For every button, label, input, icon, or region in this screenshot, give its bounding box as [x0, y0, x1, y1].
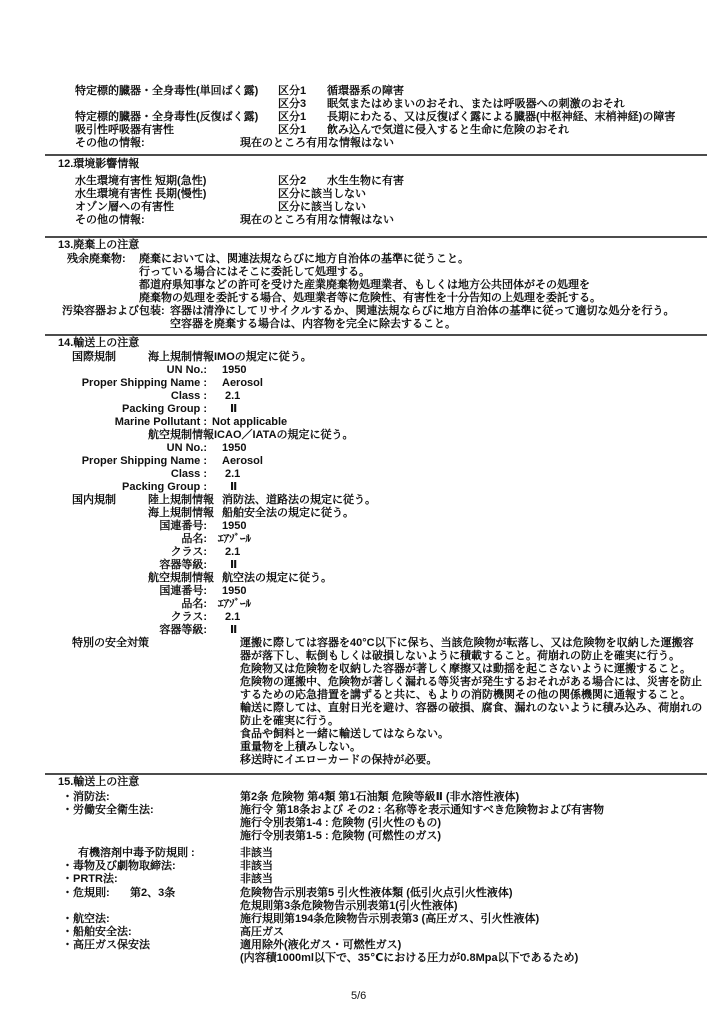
toxicity-row-category: 区分1 — [278, 85, 306, 97]
class-label: Class : — [40, 390, 207, 402]
law-row-label: ・毒物及び劇物取締法: — [62, 860, 176, 872]
special-safety-line: するための応急措置を講ずると共に、もよりの消防機関その他の関係機関に通報すること… — [240, 689, 691, 701]
icao-heading: 航空規制情報ICAO／IATAの規定に従う。 — [148, 429, 354, 441]
un-number-label: UN No.: — [40, 442, 207, 454]
eco-row-text: 水生生物に有害 — [327, 175, 404, 187]
law-row-text: 危規則第3条危険物告示別表第1(引火性液体) — [240, 900, 458, 912]
class-label: クラス: — [40, 611, 207, 623]
sea-regulation-text: 船舶安全法の規定に従う。 — [222, 507, 354, 519]
contaminated-container-line: 容器は清浄にしてリサイクルするか、関連法規ならびに地方自治体の基準に従って適切な… — [170, 305, 674, 317]
toxicity-row-text: 循環器系の障害 — [327, 85, 404, 97]
law-row-text: 非該当 — [240, 873, 273, 885]
special-safety-line: 輸送に際しては、直射日光を避け、容器の破損、腐食、漏れのないように積み込み、荷崩… — [240, 702, 702, 714]
toxicity-row-category: 区分1 — [278, 111, 306, 123]
packing-group-label: Packing Group : — [40, 481, 207, 493]
law-row-text: 危険物告示別表第5 引火性液体類 (低引火点引火性液体) — [240, 887, 513, 899]
law-row-text: 施行令 第18条および その2 : 名称等を表示通知すべき危険物および有害物 — [240, 804, 604, 816]
residual-waste-line: 廃棄物の処理を委託する場合、処理業者等に危険性、有害性を十分告知の上処理を委託す… — [139, 292, 601, 304]
toxicity-row-category: 区分1 — [278, 124, 306, 136]
law-row-text: (内容積1000ml以下で、35℃における圧力が0.8Mpa以下であるため) — [240, 952, 578, 964]
product-name-label: 品名: — [40, 598, 207, 610]
law-row-text: 施行令別表第1-5 : 危険物 (可燃性のガス) — [240, 830, 441, 842]
shipping-name-label: Proper Shipping Name : — [40, 377, 207, 389]
packing-group-value: Ⅱ — [230, 403, 237, 415]
eco-row-label: オゾン層への有害性 — [75, 201, 174, 213]
page-number: 5/6 — [351, 990, 366, 1002]
class-label: クラス: — [40, 546, 207, 558]
packing-group-label: Packing Group : — [40, 403, 207, 415]
law-row-label: 有機溶剤中毒予防規則 : — [78, 847, 195, 859]
special-safety-line: 防止を確実に行う。 — [240, 715, 339, 727]
law-row-text: 非該当 — [240, 860, 273, 872]
other-info-text: 現在のところ有用な情報はない — [240, 137, 394, 149]
section-13-title: 13.廃棄上の注意 — [58, 239, 139, 251]
un-number-value: 1950 — [222, 364, 246, 376]
law-row-text: 非該当 — [240, 847, 273, 859]
law-row-label: ・危規則: — [62, 887, 110, 899]
packing-group-value: Ⅱ — [230, 559, 237, 571]
eco-row-label: 水生環境有害性 短期(急性) — [75, 175, 206, 187]
contaminated-container-line: 空容器を廃棄する場合は、内容物を完全に除去すること。 — [170, 318, 456, 330]
residual-waste-line: 廃棄においては、関連法規ならびに地方自治体の基準に従うこと。 — [139, 253, 469, 265]
eco-row-category: 区分に該当しない — [278, 188, 366, 200]
law-row-text: 施行規則第194条危険物告示別表第3 (高圧ガス、引火性液体) — [240, 913, 539, 925]
residual-waste-line: 行っている場合にはそこに委託して処理する。 — [139, 266, 370, 278]
special-safety-line: 器が落下し、転倒もしくは破損しないように積載すること。荷崩れの防止を確実に行う。 — [240, 650, 680, 662]
toxicity-row-text: 長期にわたる、又は反復ばく露による臓器(中枢神経、末梢神経)の障害 — [327, 111, 675, 123]
law-row-sublabel: 第2、3条 — [130, 887, 175, 899]
toxicity-row-label: 特定標的臓器・全身毒性(単回ばく露) — [75, 85, 258, 97]
land-regulation-label: 陸上規制情報 — [148, 494, 214, 506]
law-row-text: 施行令別表第1-4 : 危険物 (引火性のもの) — [240, 817, 441, 829]
law-row-text: 適用除外(液化ガス・可燃性ガス) — [240, 939, 401, 951]
un-number-value: 1950 — [222, 520, 246, 532]
toxicity-row-category: 区分3 — [278, 98, 306, 110]
shipping-name-value: Aerosol — [222, 377, 263, 389]
class-label: Class : — [40, 468, 207, 480]
air-regulation-text: 航空法の規定に従う。 — [222, 572, 332, 584]
land-regulation-text: 消防法、道路法の規定に従う。 — [222, 494, 376, 506]
section-divider — [45, 334, 707, 336]
shipping-name-label: Proper Shipping Name : — [40, 455, 207, 467]
toxicity-row-label: 吸引性呼吸器有害性 — [75, 124, 174, 136]
air-regulation-label: 航空規制情報 — [148, 572, 214, 584]
other-info-label: その他の情報: — [75, 137, 145, 149]
special-safety-line: 危険物の運搬中、危険物が著しく漏れる等災害が発生するおそれがある場合には、災害を… — [240, 676, 702, 688]
un-number-label: 国連番号: — [40, 585, 207, 597]
marine-pollutant-value: Not applicable — [212, 416, 287, 428]
un-number-value: 1950 — [222, 585, 246, 597]
class-value: 2.1 — [225, 611, 240, 623]
packing-group-label: 容器等級: — [40, 559, 207, 571]
un-number-value: 1950 — [222, 442, 246, 454]
law-row-label: ・船舶安全法: — [62, 926, 132, 938]
product-name-value: ｴｱｿﾞｰﾙ — [218, 533, 251, 545]
special-safety-line: 重量物を上積みしない。 — [240, 741, 361, 753]
class-value: 2.1 — [225, 546, 240, 558]
residual-waste-line: 都道府県知事などの許可を受けた産業廃棄物処理業者、もしくは地方公共団体がその処理… — [139, 279, 590, 291]
law-row-label: ・労働安全衛生法: — [62, 804, 154, 816]
eco-row-category: 区分に該当しない — [278, 201, 366, 213]
special-safety-line: 危険物又は危険物を収納した容器が著しく摩擦又は動揺を起こさないように運搬すること… — [240, 663, 691, 675]
residual-waste-label: 残余廃棄物: — [67, 253, 126, 265]
packing-group-label: 容器等級: — [40, 624, 207, 636]
sea-regulation-label: 海上規制情報 — [148, 507, 214, 519]
toxicity-row-text: 飲み込んで気道に侵入すると生命に危険のおそれ — [327, 124, 569, 136]
toxicity-row-label: 特定標的臓器・全身毒性(反復ばく露) — [75, 111, 258, 123]
product-name-value: ｴｱｿﾞｰﾙ — [218, 598, 251, 610]
packing-group-value: Ⅱ — [230, 481, 237, 493]
contaminated-container-label: 汚染容器および包装: — [62, 305, 165, 317]
class-value: 2.1 — [225, 390, 240, 402]
section-15-title: 15.輸送上の注意 — [58, 776, 139, 788]
imo-heading: 海上規制情報IMOの規定に従う。 — [148, 351, 312, 363]
un-number-label: 国連番号: — [40, 520, 207, 532]
domestic-regulation-label: 国内規制 — [72, 494, 116, 506]
law-row-label: ・PRTR法: — [62, 873, 118, 885]
sds-page-5: 特定標的臓器・全身毒性(単回ばく露) 区分1 循環器系の障害 区分3 眠気または… — [0, 0, 723, 1024]
toxicity-row-text: 眠気またはめまいのおそれ、または呼吸器への刺激のおそれ — [327, 98, 625, 110]
international-regulation-label: 国際規制 — [72, 351, 116, 363]
un-number-label: UN No.: — [40, 364, 207, 376]
special-safety-line: 運搬に際しては容器を40°C以下に保ち、当該危険物が転落し、又は危険物を収納した… — [240, 637, 694, 649]
section-divider — [45, 236, 707, 238]
special-safety-label: 特別の安全対策 — [72, 637, 149, 649]
section-divider — [45, 154, 707, 156]
law-row-label: ・航空法: — [62, 913, 110, 925]
other-info-label: その他の情報: — [75, 214, 145, 226]
law-row-text: 高圧ガス — [240, 926, 284, 938]
section-14-title: 14.輸送上の注意 — [58, 337, 139, 349]
section-divider — [45, 773, 707, 775]
other-info-text: 現在のところ有用な情報はない — [240, 214, 394, 226]
shipping-name-value: Aerosol — [222, 455, 263, 467]
product-name-label: 品名: — [40, 533, 207, 545]
law-row-label: ・高圧ガス保安法 — [62, 939, 150, 951]
law-row-text: 第2条 危険物 第4類 第1石油類 危険等級Ⅱ (非水溶性液体) — [240, 791, 519, 803]
eco-row-label: 水生環境有害性 長期(慢性) — [75, 188, 206, 200]
special-safety-line: 移送時にイエローカードの保持が必要。 — [240, 754, 437, 766]
packing-group-value: Ⅱ — [230, 624, 237, 636]
eco-row-category: 区分2 — [278, 175, 306, 187]
special-safety-line: 食品や飼料と一緒に輸送してはならない。 — [240, 728, 449, 740]
section-12-title: 12.環境影響情報 — [58, 158, 139, 170]
law-row-label: ・消防法: — [62, 791, 110, 803]
class-value: 2.1 — [225, 468, 240, 480]
marine-pollutant-label: Marine Pollutant : — [40, 416, 207, 428]
